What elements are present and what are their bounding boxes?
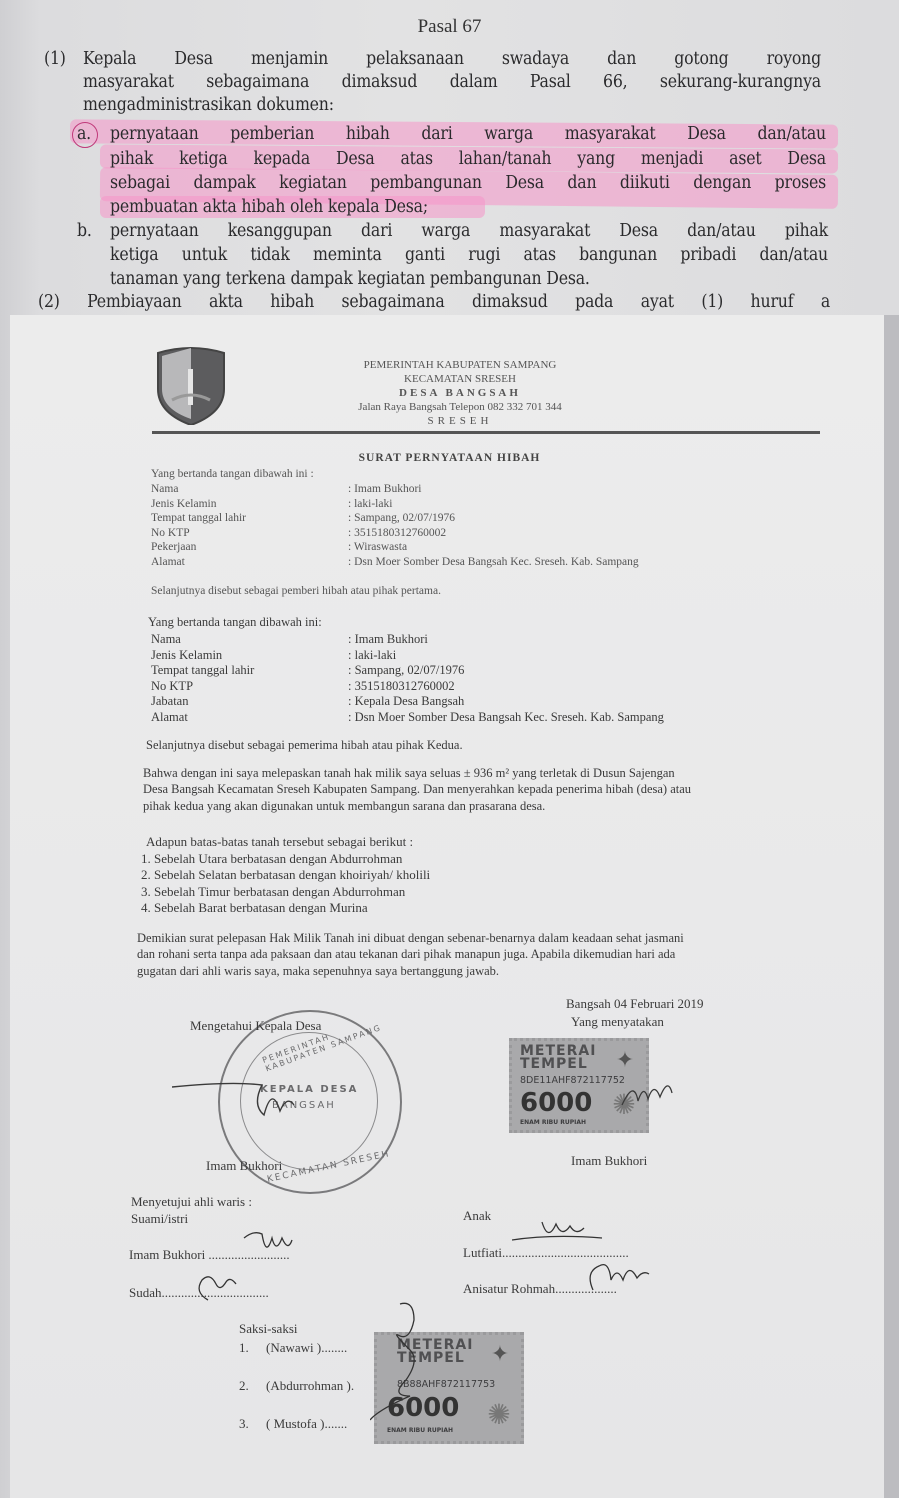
letterhead-divider: [152, 431, 820, 434]
boundary-item: 1. Sebelah Utara berbatasan dengan Abdur…: [141, 851, 402, 867]
item-a-marker: a.: [77, 124, 91, 144]
field-label: Nama: [151, 483, 178, 495]
field-label: Nama: [151, 632, 181, 647]
witness-name: ( Mustofa ).......: [266, 1416, 347, 1432]
place-date: Bangsah 04 Februari 2019: [566, 996, 704, 1012]
stamp-value: 6000: [520, 1088, 592, 1118]
item-b-line: pernyataan kesanggupan dari warga masyar…: [110, 221, 828, 241]
field-label: Jabatan: [151, 694, 188, 709]
field-value: : Dsn Moer Somber Desa Bangsah Kec. Sres…: [348, 710, 664, 725]
pasal-heading: Pasal 67: [0, 16, 899, 38]
witness-number: 2.: [239, 1378, 249, 1394]
heirs-title: Menyetujui ahli waris :: [131, 1194, 252, 1210]
letterhead-village: DESA BANGSAH: [320, 386, 600, 400]
item-a-line: pihak ketiga kepada Desa atas lahan/tana…: [110, 149, 826, 169]
paragraph-2-partial: (2) Pembiayaan akta hibah sebagaimana di…: [38, 292, 830, 312]
field-value: : Sampang, 02/07/1976: [348, 512, 455, 524]
field-label: Jenis Kelamin: [151, 648, 222, 663]
party2-closing: Selanjutnya disebut sebagai pemerima hib…: [146, 738, 463, 753]
field-value: : Imam Bukhori: [348, 483, 421, 495]
stamp-title: METERAI TEMPEL: [520, 1045, 596, 1071]
witness-name: (Abdurrohman ).: [266, 1378, 354, 1394]
declarant-label: Yang menyatakan: [571, 1014, 664, 1030]
heir-signature: [583, 1258, 653, 1298]
star-ornament-icon: ✺: [485, 1401, 513, 1429]
field-value: : Wiraswasta: [348, 541, 407, 553]
witness-number: 1.: [239, 1340, 249, 1356]
garuda-emblem-icon: ✦: [612, 1047, 638, 1075]
field-value: : Sampang, 02/07/1976: [348, 663, 464, 678]
stamp-serial: 8DE11AHF872117752: [520, 1075, 625, 1086]
statement-line: Desa Bangsah Kecamatan Sreseh Kabupaten …: [143, 782, 691, 797]
acknowledge-label: Mengetahui Kepala Desa: [190, 1018, 321, 1034]
statement-line: pihak kedua yang akan digunakan untuk me…: [143, 799, 545, 814]
letterhead-address: Jalan Raya Bangsah Telepon 082 332 701 3…: [320, 400, 600, 414]
heir-signature: [242, 1228, 302, 1264]
field-label: Tempat tanggal lahir: [151, 512, 246, 524]
closing-line: dan rohani serta tanpa ada paksaan dan a…: [137, 947, 675, 962]
field-value: : Imam Bukhori: [348, 632, 428, 647]
declarant-name: Imam Bukhori: [571, 1153, 647, 1169]
heir-signature: [192, 1272, 247, 1306]
field-label: Alamat: [151, 556, 185, 568]
party1-intro: Yang bertanda tangan dibawah ini :: [151, 468, 314, 480]
field-label: No KTP: [151, 679, 193, 694]
boundary-item: 4. Sebelah Barat berbatasan dengan Murin…: [141, 900, 368, 916]
item-b-line: tanaman yang terkena dampak kegiatan pem…: [110, 269, 590, 289]
boundaries-intro: Adapun batas-batas tanah tersebut sebaga…: [146, 834, 413, 850]
statement-line: Bahwa dengan ini saya melepaskan tanah h…: [143, 766, 675, 781]
boundary-item: 3. Sebelah Timur berbatasan dengan Abdur…: [141, 884, 405, 900]
paragraph-1-line: masyarakat sebagaimana dimaksud dalam Pa…: [83, 72, 821, 92]
item-a-line: pernyataan pemberian hibah dari warga ma…: [110, 124, 826, 144]
field-value: : laki-laki: [348, 648, 396, 663]
closing-line: gugatan dari ahli waris saya, maka sepen…: [137, 964, 499, 979]
witness-name: (Nawawi )........: [266, 1340, 347, 1356]
witness-signature: [370, 1300, 450, 1430]
field-label: Jenis Kelamin: [151, 498, 216, 510]
heir-signature: [512, 1212, 622, 1252]
letterhead-district: KECAMATAN SRESEH: [320, 372, 600, 386]
declarant-signature: [620, 1075, 680, 1115]
item-b-line: ketiga untuk tidak meminta ganti rugi at…: [110, 245, 828, 265]
letter-title: SURAT PERNYATAAN HIBAH: [0, 452, 899, 464]
heirs-spouse-label: Suami/istri: [131, 1211, 188, 1227]
field-label: Tempat tanggal lahir: [151, 663, 254, 678]
witnesses-title: Saksi-saksi: [239, 1321, 298, 1337]
heirs-child-label: Anak: [463, 1208, 491, 1224]
party1-closing: Selanjutnya disebut sebagai pemberi hiba…: [151, 585, 441, 597]
regency-crest-icon: [152, 345, 230, 425]
field-value: : laki-laki: [348, 498, 392, 510]
letterhead: PEMERINTAH KABUPATEN SAMPANG KECAMATAN S…: [320, 358, 600, 428]
acknowledge-name: Imam Bukhori: [206, 1158, 282, 1174]
paragraph-1-number: (1): [44, 49, 66, 69]
party2-intro: Yang bertanda tangan dibawah ini:: [148, 615, 322, 630]
letterhead-town: SRESEH: [320, 414, 600, 428]
head-signature: [172, 1075, 322, 1130]
field-value: : 3515180312760002: [348, 527, 446, 539]
field-value: : 3515180312760002: [348, 679, 455, 694]
witness-number: 3.: [239, 1416, 249, 1432]
letterhead-government: PEMERINTAH KABUPATEN SAMPANG: [320, 358, 600, 372]
paragraph-1-line: Kepala Desa menjamin pelaksanaan swadaya…: [83, 49, 821, 69]
stamp-title-line: TEMPEL: [520, 1058, 596, 1071]
garuda-emblem-icon: ✦: [487, 1341, 513, 1369]
book-page: Pasal 67 (1) Kepala Desa menjamin pelaks…: [0, 0, 899, 330]
item-b-marker: b.: [77, 221, 92, 241]
closing-line: Demikian surat pelepasan Hak Milik Tanah…: [137, 931, 684, 946]
item-a-line: sebagai dampak kegiatan pembangunan Desa…: [110, 173, 826, 193]
item-a-line: pembuatan akta hibah oleh kepala Desa;: [110, 197, 428, 217]
field-label: No KTP: [151, 527, 190, 539]
field-label: Alamat: [151, 710, 188, 725]
stamp-value-words: ENAM RIBU RUPIAH: [520, 1119, 586, 1126]
boundary-item: 2. Sebelah Selatan berbatasan dengan kho…: [141, 867, 430, 883]
page-edge-shadow: [884, 315, 899, 1498]
field-value: : Kepala Desa Bangsah: [348, 694, 464, 709]
paragraph-1-line: mengadministrasikan dokumen:: [83, 95, 334, 115]
field-label: Pekerjaan: [151, 541, 196, 553]
field-value: : Dsn Moer Somber Desa Bangsah Kec. Sres…: [348, 556, 639, 568]
